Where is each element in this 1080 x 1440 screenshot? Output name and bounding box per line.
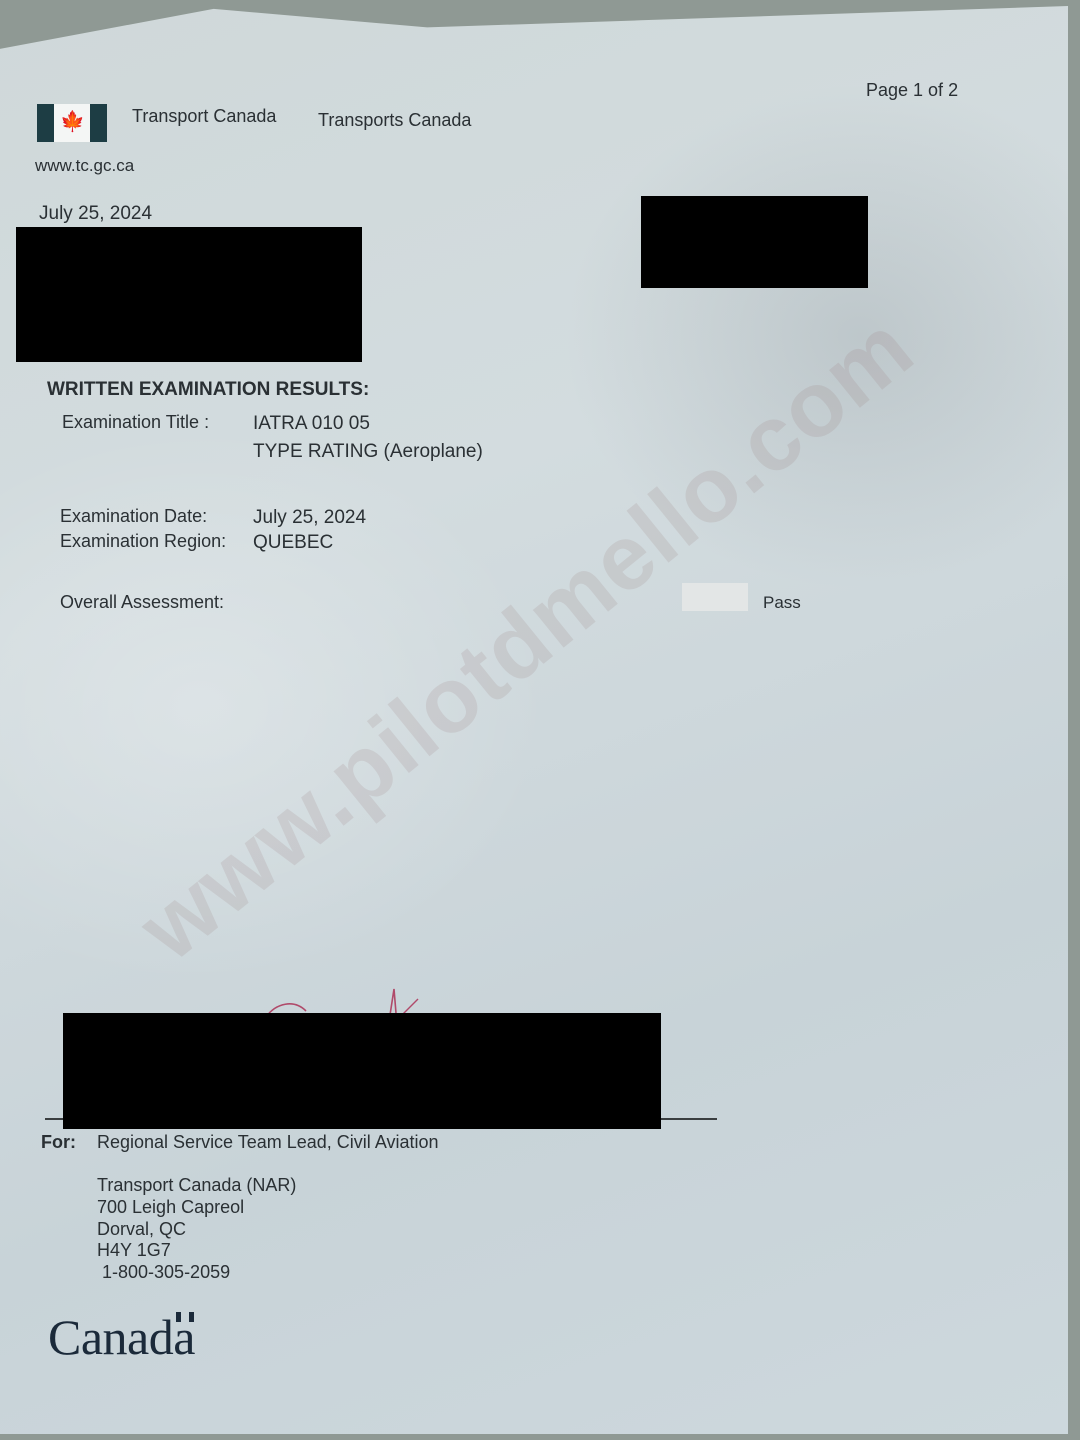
canada-wordmark-text: Canada [48,1309,195,1365]
canada-wordmark-flag-icon [176,1312,194,1322]
overall-assessment-value: Pass [763,593,801,613]
letter-date: July 25, 2024 [39,203,152,225]
exam-region-label: Examination Region: [60,531,226,552]
for-label: For: [41,1132,76,1153]
exam-date-label: Examination Date: [60,506,207,527]
canada-flag-icon: 🍁 [37,104,107,142]
website-link[interactable]: www.tc.gc.ca [35,156,134,176]
address-line-phone: 1-800-305-2059 [97,1262,230,1283]
page-indicator: Page 1 of 2 [866,80,958,101]
exam-title-label: Examination Title : [62,412,209,433]
address-line-postal: H4Y 1G7 [97,1240,171,1261]
redacted-score [682,583,748,611]
exam-region-value: QUEBEC [253,532,333,554]
org-name-en: Transport Canada [132,106,276,127]
redacted-recipient-address [16,227,362,362]
address-line-city: Dorval, QC [97,1219,186,1240]
address-line-street: 700 Leigh Capreol [97,1197,244,1218]
address-line-org: Transport Canada (NAR) [97,1175,296,1196]
exam-title-code: IATRA 010 05 [253,413,370,435]
redacted-reference-block [641,196,868,288]
redacted-signatory [63,1013,661,1129]
for-title: Regional Service Team Lead, Civil Aviati… [97,1132,439,1153]
canada-wordmark: Canada [48,1308,195,1366]
exam-date-value: July 25, 2024 [253,507,366,529]
org-name-fr: Transports Canada [318,110,471,131]
overall-assessment-label: Overall Assessment: [60,592,224,613]
exam-title-name: TYPE RATING (Aeroplane) [253,441,483,463]
results-heading: WRITTEN EXAMINATION RESULTS: [47,379,369,401]
